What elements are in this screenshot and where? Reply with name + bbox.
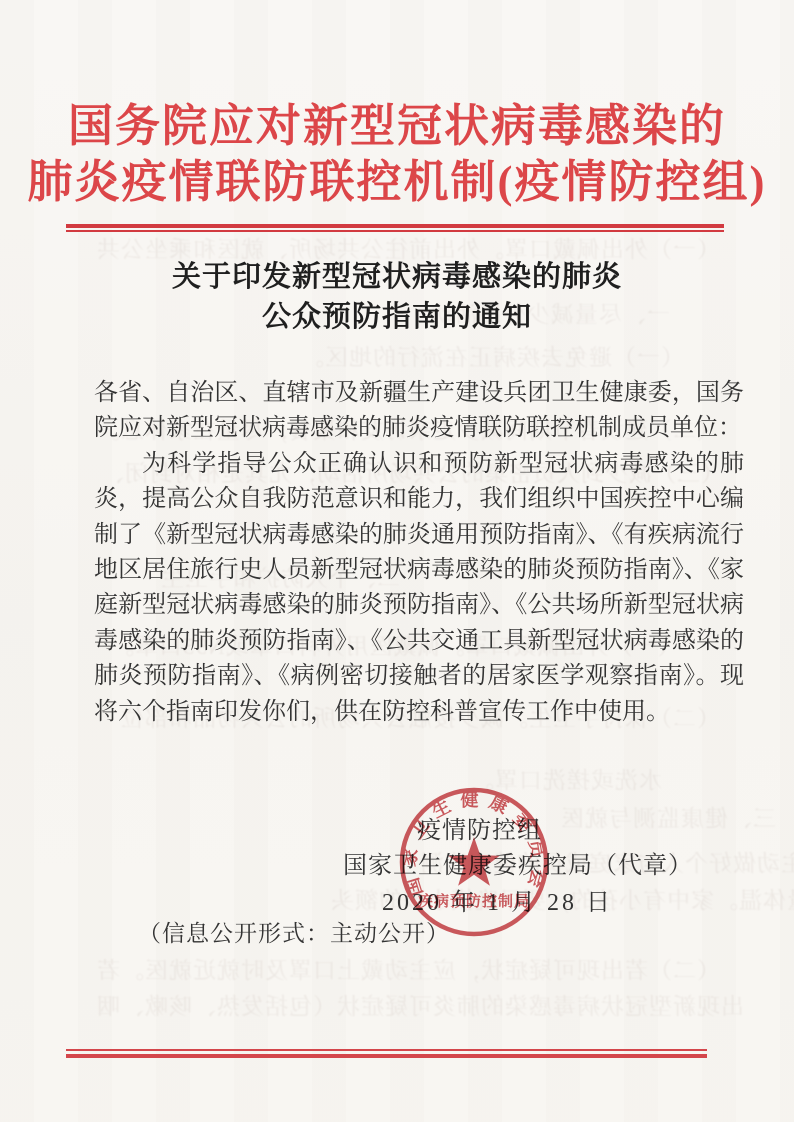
letterhead-double-rule: [66, 224, 724, 232]
salutation-paragraph: 各省、自治区、直辖市及新疆生产建设兵团卫生健康委，国务院应对新型冠状病毒感染的肺…: [94, 376, 744, 447]
document-subject: 关于印发新型冠状病毒感染的肺炎 公众预防指南的通知: [0, 257, 794, 337]
seal-bottom-text: 疾病预防控制局: [417, 892, 530, 910]
letterhead-title-line1: 国务院应对新型冠状病毒感染的: [0, 98, 794, 154]
seal-star-icon: [448, 837, 499, 886]
document-body: 各省、自治区、直辖市及新疆生产建设兵团卫生健康委，国务院应对新型冠状病毒感染的肺…: [94, 376, 744, 730]
colophon-double-rule: [66, 1049, 707, 1058]
bleedthrough-line: （一）避免去疾病正在流行的地区。: [300, 339, 684, 372]
scanned-document-page: （一）外出佩戴口罩。外出前往公共场所、就医和乘坐公共一、尽量减少外出活动（一）避…: [0, 0, 794, 1122]
colophon-rule-thick-line: [66, 1054, 707, 1058]
disclosure-note: （信息公开形式：主动公开）: [138, 915, 450, 948]
main-paragraph: 为科学指导公众正确认识和预防新型冠状病毒感染的肺炎，提高公众自我防范意识和能力，…: [94, 447, 744, 730]
letterhead-title-line2: 肺炎疫情联防联控机制(疫情防控组): [0, 154, 794, 210]
letterhead-rule-thin-line: [66, 230, 724, 232]
subject-line2: 公众预防指南的通知: [0, 297, 794, 337]
bleedthrough-line: 三、健康监测与就医: [560, 800, 776, 833]
subject-line1: 关于印发新型冠状病毒感染的肺炎: [0, 257, 794, 297]
letterhead-title: 国务院应对新型冠状病毒感染的 肺炎疫情联防联控机制(疫情防控组): [0, 98, 794, 210]
bleedthrough-line: 出现新型冠状病毒感染的肺炎可疑症状（包括发热、咳嗽、咽: [96, 988, 744, 1021]
bleedthrough-line: （二）若出现可疑症状，应主动戴上口罩及时就近就医。若: [96, 952, 720, 985]
